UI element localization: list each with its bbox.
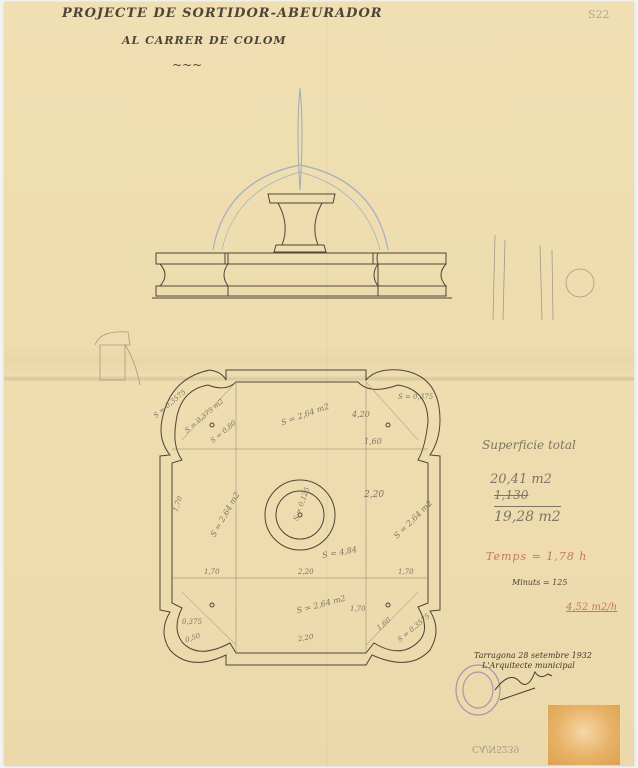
fountain-elevation — [152, 88, 452, 298]
annotation: 2,20 — [364, 490, 384, 500]
calc-line1: 20,41 m2 — [490, 472, 552, 487]
annotation: 0,375 — [182, 618, 202, 626]
annotation: 2,20 — [298, 568, 314, 576]
official-seal — [456, 665, 500, 715]
signature — [495, 672, 552, 700]
calc-red-bottom: 4,52 m2/h — [566, 602, 617, 613]
calc-line3: Minuts = 125 — [512, 578, 567, 587]
annotation: 4,20 — [352, 410, 370, 419]
annotation: S = 0,375 — [398, 393, 433, 401]
annotation: 1,70 — [398, 568, 414, 576]
annotation: 1,60 — [364, 437, 382, 446]
annotation: 1,70 — [204, 568, 220, 576]
calc-result: 19,28 m2 — [494, 506, 561, 525]
calc-line2: 1,130 — [494, 488, 528, 502]
pencil-sketches — [95, 235, 594, 385]
calc-red-line: Temps = 1,78 h — [486, 550, 587, 563]
place-date: Tarragona 28 setembre 1932 — [474, 651, 592, 660]
signatory-role: L'Arquitecte municipal — [482, 661, 575, 670]
tax-stamp — [548, 705, 620, 765]
archive-reference: CA/N5239 — [472, 743, 519, 753]
annotation: 1,70 — [350, 605, 366, 613]
calc-heading: Superficie total — [482, 438, 576, 452]
